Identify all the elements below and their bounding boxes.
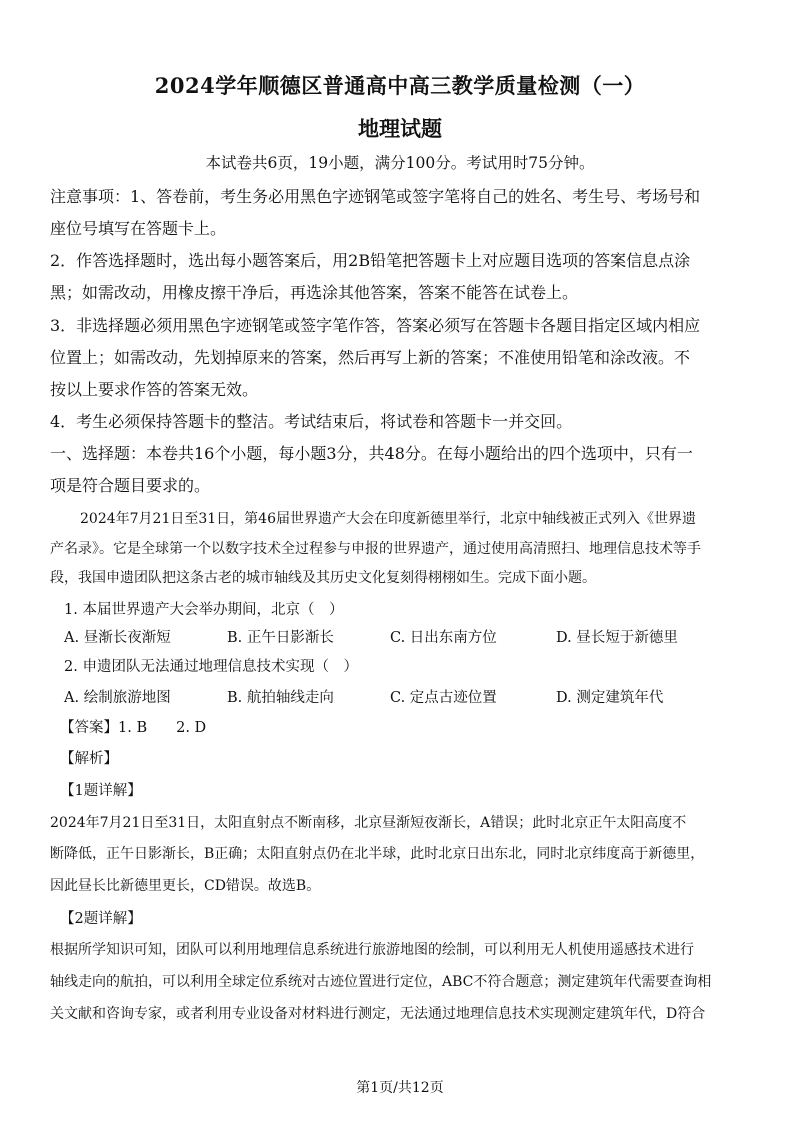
question-options: A. 昼渐长夜渐短 B. 正午日影渐长 C. 日出东南方位 D. 昼长短于新德里 bbox=[64, 626, 744, 647]
notice-line: 3．非选择题必须用黑色字迹钢笔或签字笔作答，答案必须写在答题卡各题目指定区域内相… bbox=[50, 313, 700, 336]
page-number: 第1页/共12页 bbox=[0, 1077, 800, 1097]
exam-title: 2024学年顺德区普通高中高三教学质量检测（一） bbox=[0, 70, 800, 100]
question-stem: 1. 本届世界遗产大会举办期间，北京（ ） bbox=[64, 598, 343, 619]
option-a: A. 昼渐长夜渐短 bbox=[64, 626, 227, 647]
option-b: B. 正午日影渐长 bbox=[227, 626, 390, 647]
analysis-label: 【解析】 bbox=[60, 747, 118, 768]
exam-subject: 地理试题 bbox=[0, 113, 800, 143]
question-options: A. 绘制旅游地图 B. 航拍轴线走向 C. 定点古迹位置 D. 测定建筑年代 bbox=[64, 686, 744, 707]
option-c: C. 定点古迹位置 bbox=[390, 686, 556, 707]
document-page: 2024学年顺德区普通高中高三教学质量检测（一） 地理试题 本试卷共6页，19小… bbox=[0, 0, 800, 1131]
passage-line: 产名录》。它是全球第一个以数字技术全过程参与申报的世界遗产，通过使用高清照扫、地… bbox=[50, 538, 701, 558]
notice-line: 座位号填写在答题卡上。 bbox=[50, 216, 226, 239]
notice-line: 位置上；如需改动，先划掉原来的答案，然后再写上新的答案；不准使用铅笔和涂改液。不 bbox=[50, 345, 690, 368]
option-d: D. 测定建筑年代 bbox=[556, 686, 663, 707]
option-a: A. 绘制旅游地图 bbox=[64, 686, 227, 707]
notice-line: 黑；如需改动，用橡皮擦干净后，再选涂其他答案，答案不能答在试卷上。 bbox=[50, 280, 578, 303]
passage-line: 段，我国申遗团队把这条古老的城市轴线及其历史文化复刻得栩栩如生。完成下面小题。 bbox=[50, 567, 596, 587]
answer-label: 【答案】 bbox=[60, 720, 118, 736]
option-b: B. 航拍轴线走向 bbox=[227, 686, 390, 707]
option-d: D. 昼长短于新德里 bbox=[556, 626, 678, 647]
option-c: C. 日出东南方位 bbox=[390, 626, 556, 647]
explanation-line: 断降低，正午日影渐长，B正确；太阳直射点仍在北半球，此时北京日出东北，同时北京纬… bbox=[50, 843, 704, 863]
notice-line: 2．作答选择题时，选出每小题答案后，用2B铅笔把答题卡上对应题目选项的答案信息点… bbox=[50, 248, 690, 271]
passage-line: 2024年7月21日至31日，第46届世界遗产大会在印度新德里举行，北京中轴线被… bbox=[80, 508, 696, 528]
section-heading: 项是符合题目要求的。 bbox=[50, 473, 210, 496]
explanation-line: 因此昼长比新德里更长，CD错误。故选B。 bbox=[50, 875, 320, 895]
answer-values: 1. B 2. D bbox=[118, 720, 206, 736]
exam-info: 本试卷共6页，19小题，满分100分。考试用时75分钟。 bbox=[0, 151, 800, 173]
section-heading: 一、选择题：本卷共16个小题，每小题3分，共48分。在每小题给出的四个选项中，只… bbox=[50, 441, 693, 464]
explanation-line: 根据所学知识可知，团队可以利用地理信息系统进行旅游地图的绘制，可以利用无人机使用… bbox=[50, 939, 694, 959]
explanation-line: 关文献和咨询专家，或者利用专业设备对材料进行测定，无法通过地理信息技术实现测定建… bbox=[50, 1003, 705, 1023]
notice-line: 4．考生必须保持答题卡的整洁。考试结束后，将试卷和答题卡一并交回。 bbox=[50, 409, 572, 432]
question-stem: 2. 申遗团队无法通过地理信息技术实现（ ） bbox=[64, 655, 358, 676]
explanation-line: 2024年7月21日至31日，太阳直射点不断南移，北京昼渐短夜渐长，A错误；此时… bbox=[50, 812, 686, 832]
answer-line: 【答案】1. B 2. D bbox=[60, 716, 206, 737]
notice-line: 按以上要求作答的答案无效。 bbox=[50, 377, 258, 400]
notice-line: 注意事项：1、答卷前，考生务必用黑色字迹钢笔或签字笔将自己的姓名、考生号、考场号… bbox=[50, 184, 700, 207]
explanation-heading: 【1题详解】 bbox=[60, 779, 142, 800]
explanation-line: 轴线走向的航拍，可以利用全球定位系统对古迹位置进行定位，ABC不符合题意；测定建… bbox=[50, 971, 711, 991]
explanation-heading: 【2题详解】 bbox=[60, 907, 142, 928]
